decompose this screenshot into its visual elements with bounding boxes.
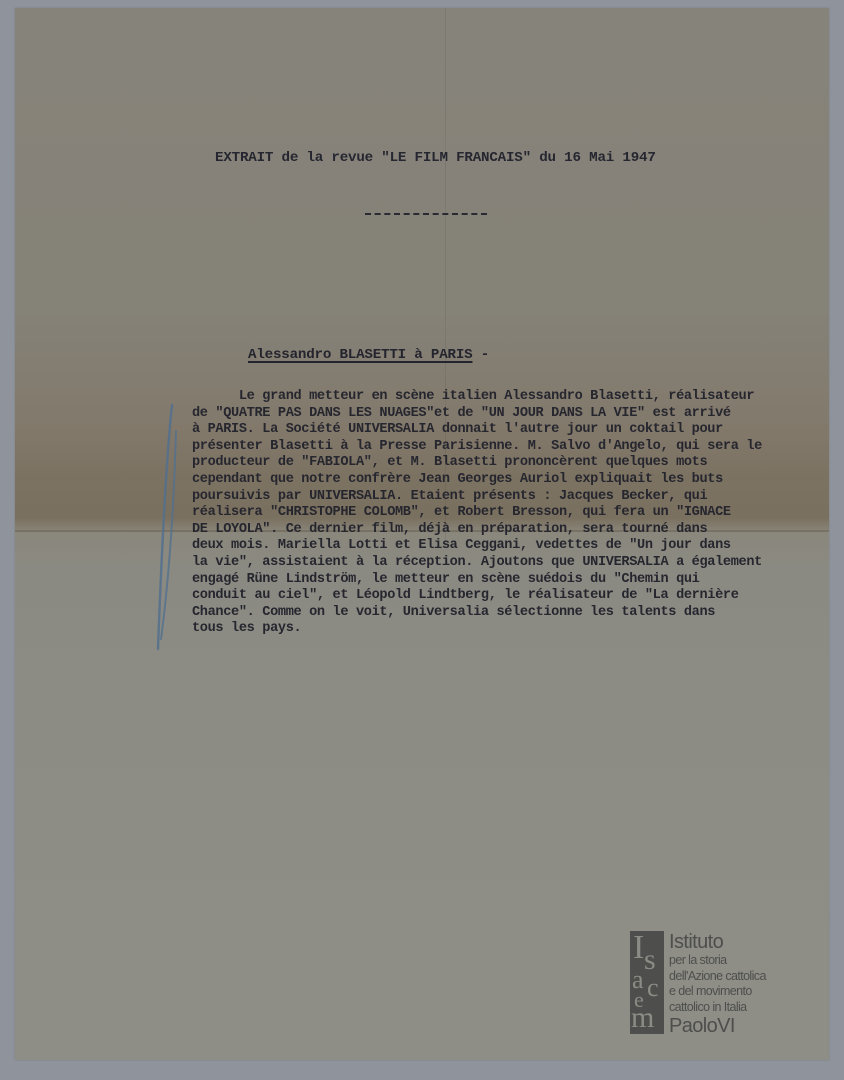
institute-name: Istituto per la storia dell'Azione catto… [669, 931, 766, 1037]
article-heading: Alessandro BLASETTI à PARIS - [248, 347, 489, 363]
heading-text: Alessandro BLASETTI à PARIS [248, 347, 472, 363]
logo-line: dell'Azione cattolica [669, 969, 766, 985]
body-line: de "QUATRE PAS DANS LES NUAGES"et de "UN… [192, 406, 822, 423]
heading-dash: - [472, 347, 489, 363]
body-line: poursuivis par UNIVERSALIA. Etaient prés… [192, 489, 822, 506]
logo-line: e del movimento [669, 984, 766, 1000]
isacem-monogram-icon: I s a c e m [630, 931, 664, 1034]
logo-line: PaoloVI [669, 1015, 766, 1037]
document-title: EXTRAIT de la revue "LE FILM FRANCAIS" d… [215, 150, 675, 166]
body-line: Chance". Comme on le voit, Universalia s… [192, 605, 822, 622]
body-line: DE LOYOLA". Ce dernier film, déjà en pré… [192, 522, 822, 539]
body-line: producteur de "FABIOLA", et M. Blasetti … [192, 455, 822, 472]
body-line: présenter Blasetti à la Presse Parisienn… [192, 439, 822, 456]
body-line: conduit au ciel", et Léopold Lindtberg, … [192, 588, 822, 605]
logo-line: per la storia [669, 953, 766, 969]
body-line: tous les pays. [192, 621, 822, 638]
body-line: Le grand metteur en scène italien Alessa… [192, 389, 822, 406]
pencil-margin-mark-icon [152, 401, 182, 651]
monogram-letter: c [647, 975, 659, 1001]
body-line: à PARIS. La Société UNIVERSALIA donnait … [192, 422, 822, 439]
separator-rule [365, 213, 487, 215]
body-line: deux mois. Mariella Lotti et Elisa Cegga… [192, 538, 822, 555]
logo-line: Istituto [669, 931, 766, 953]
monogram-letter: m [631, 1003, 654, 1033]
body-line: réalisera "CHRISTOPHE COLOMB", et Robert… [192, 505, 822, 522]
body-line: la vie", assistaient à la réception. Ajo… [192, 555, 822, 572]
institute-watermark-logo: I s a c e m Istituto per la storia dell'… [630, 931, 810, 1036]
body-line: cependant que notre confrère Jean George… [192, 472, 822, 489]
monogram-letter: s [644, 945, 656, 975]
monogram-letter: I [633, 931, 644, 965]
body-line: engagé Rüne Lindström, le metteur en scè… [192, 572, 822, 589]
article-body: Le grand metteur en scène italien Alessa… [192, 389, 822, 638]
logo-line: cattolico in Italia [669, 1000, 766, 1016]
document-page: EXTRAIT de la revue "LE FILM FRANCAIS" d… [15, 8, 829, 1060]
